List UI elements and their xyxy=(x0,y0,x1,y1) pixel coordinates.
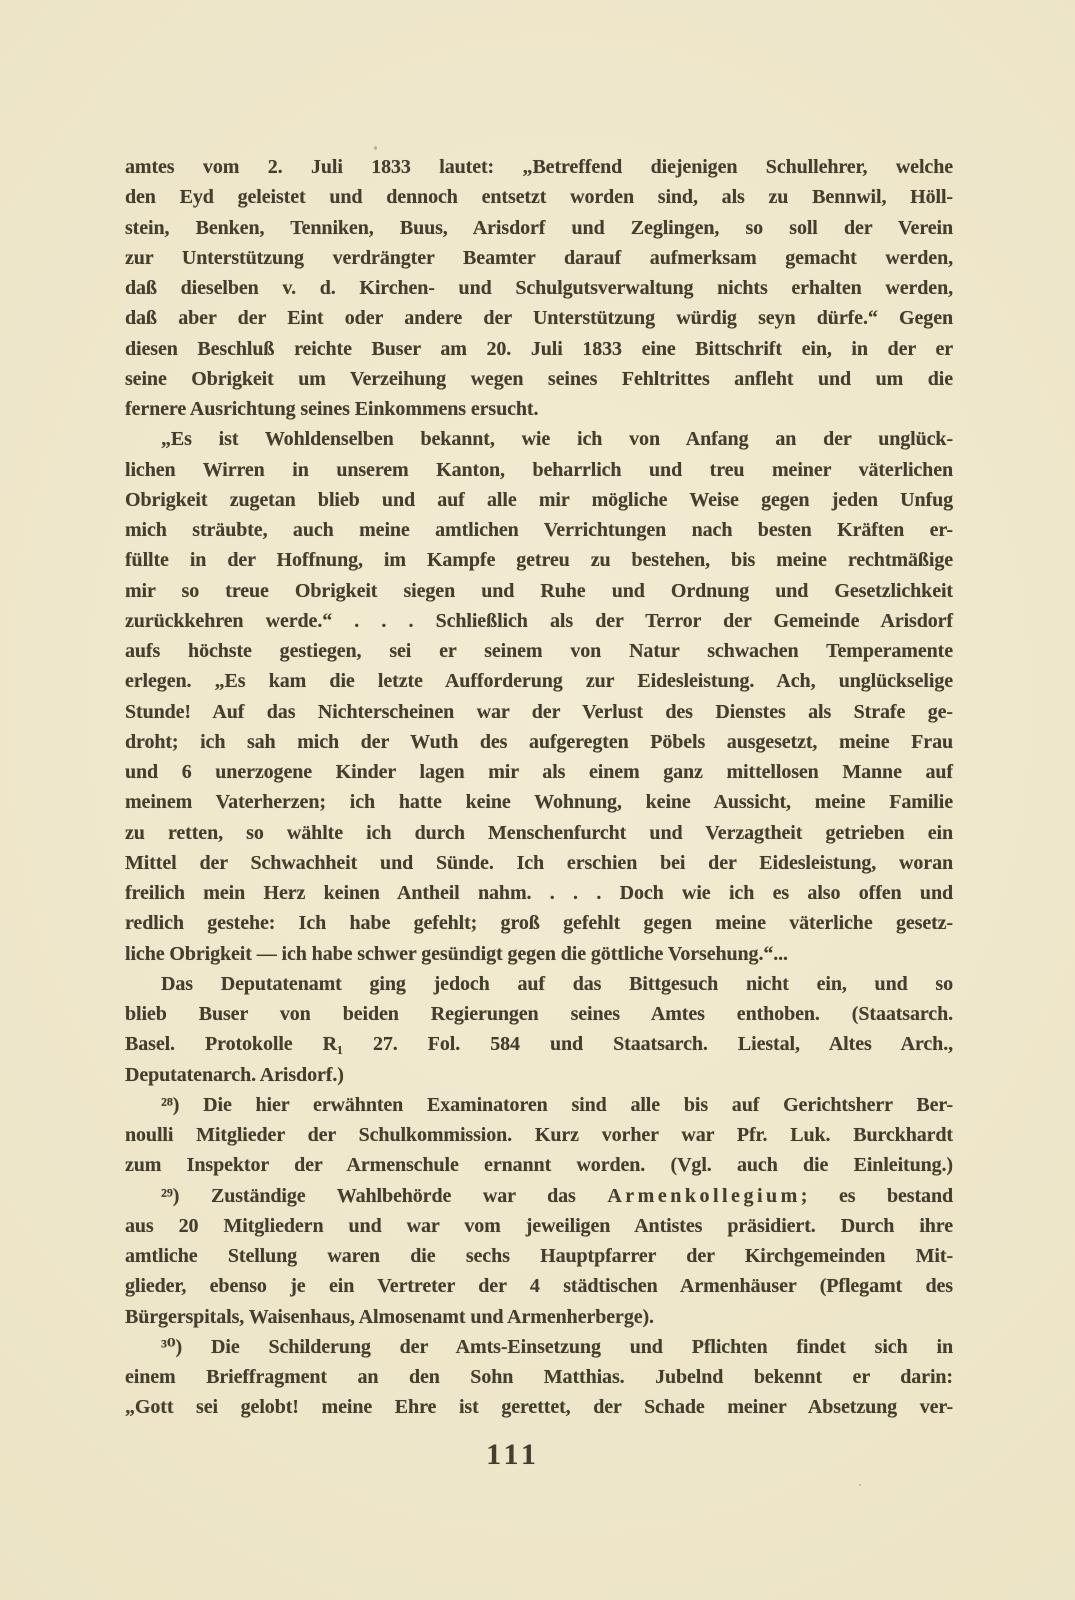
text-line: seine Obrigkeit um Verzeihung wegen sein… xyxy=(125,364,953,394)
text-line: zum Inspektor der Armenschule ernannt wo… xyxy=(125,1150,953,1180)
text-line: meinem Vaterherzen; ich hatte keine Wohn… xyxy=(125,787,953,817)
page-number: 111 xyxy=(125,1438,901,1472)
text-line: mir so treue Obrigkeit siegen und Ruhe u… xyxy=(125,576,953,606)
text-line: fernere Ausrichtung seines Einkommens er… xyxy=(125,394,953,424)
text-line: zur Unterstützung verdrängter Beamter da… xyxy=(125,243,953,273)
text-line: zurückkehren werde.“ . . . Schließlich a… xyxy=(125,606,953,636)
text-line: erlegen. „Es kam die letzte Aufforderung… xyxy=(125,666,953,696)
text-line: den Eyd geleistet und dennoch entsetzt w… xyxy=(125,182,953,212)
text-line: liche Obrigkeit — ich habe schwer gesünd… xyxy=(125,939,953,969)
text-line: zu retten, so wählte ich durch Menschenf… xyxy=(125,818,953,848)
text-line: amtes vom 2. Juli 1833 lautet: „Betreffe… xyxy=(125,152,953,182)
text-line: daß aber der Eint oder andere der Unters… xyxy=(125,303,953,333)
text-line: „Es ist Wohldenselben bekannt, wie ich v… xyxy=(125,424,953,454)
text-line: Obrigkeit zugetan blieb und auf alle mir… xyxy=(125,485,953,515)
text-line: blieb Buser von beiden Regierungen seine… xyxy=(125,999,953,1029)
text-line: redlich gestehe: Ich habe gefehlt; groß … xyxy=(125,908,953,938)
text-line: Stunde! Auf das Nichterscheinen war der … xyxy=(125,697,953,727)
text-line: aus 20 Mitgliedern und war vom jeweilige… xyxy=(125,1211,953,1241)
text-line: Deputatenarch. Arisdorf.) xyxy=(125,1060,953,1090)
paper-speck xyxy=(859,1484,861,1486)
text-line: stein, Benken, Tenniken, Buus, Arisdorf … xyxy=(125,213,953,243)
text-line: Basel. Protokolle R₁ 27. Fol. 584 und St… xyxy=(125,1029,953,1059)
paper-speck xyxy=(374,146,377,150)
text-line: ²⁸) Die hier erwähnten Examinatoren sind… xyxy=(125,1090,953,1120)
text-line: droht; ich sah mich der Wuth des aufgere… xyxy=(125,727,953,757)
text-line: lichen Wirren in unserem Kanton, beharrl… xyxy=(125,455,953,485)
text-line: glieder, ebenso je ein Vertreter der 4 s… xyxy=(125,1271,953,1301)
text-line: Mittel der Schwachheit und Sünde. Ich er… xyxy=(125,848,953,878)
text-line: daß dieselben v. d. Kirchen- und Schulgu… xyxy=(125,273,953,303)
text-line: Das Deputatenamt ging jedoch auf das Bit… xyxy=(125,969,953,999)
book-page: amtes vom 2. Juli 1833 lautet: „Betreffe… xyxy=(0,0,1075,1600)
text-block: amtes vom 2. Juli 1833 lautet: „Betreffe… xyxy=(125,152,953,1423)
text-line: füllte in der Hoffnung, im Kampfe getreu… xyxy=(125,545,953,575)
text-line: diesen Beschluß reichte Buser am 20. Jul… xyxy=(125,334,953,364)
text-line: amtliche Stellung waren die sechs Hauptp… xyxy=(125,1241,953,1271)
text-line: „Gott sei gelobt! meine Ehre ist gerette… xyxy=(125,1392,953,1422)
text-line: aufs höchste gestiegen, sei er seinem vo… xyxy=(125,636,953,666)
emphasized-word: Armenkollegium xyxy=(607,1185,800,1207)
text-line: noulli Mitglieder der Schulkommission. K… xyxy=(125,1120,953,1150)
text-line: ²⁹) Zuständige Wahlbehörde war das Armen… xyxy=(125,1181,953,1211)
text-line: Bürgerspitals, Waisenhaus, Almosenamt un… xyxy=(125,1302,953,1332)
text-line: mich sträubte, auch meine amtlichen Verr… xyxy=(125,515,953,545)
text-line: freilich mein Herz keinen Antheil nahm. … xyxy=(125,878,953,908)
text-line: und 6 unerzogene Kinder lagen mir als ei… xyxy=(125,757,953,787)
text-line: einem Brieffragment an den Sohn Matthias… xyxy=(125,1362,953,1392)
text-line: ³⁰) Die Schilderung der Amts-Einsetzung … xyxy=(125,1332,953,1362)
